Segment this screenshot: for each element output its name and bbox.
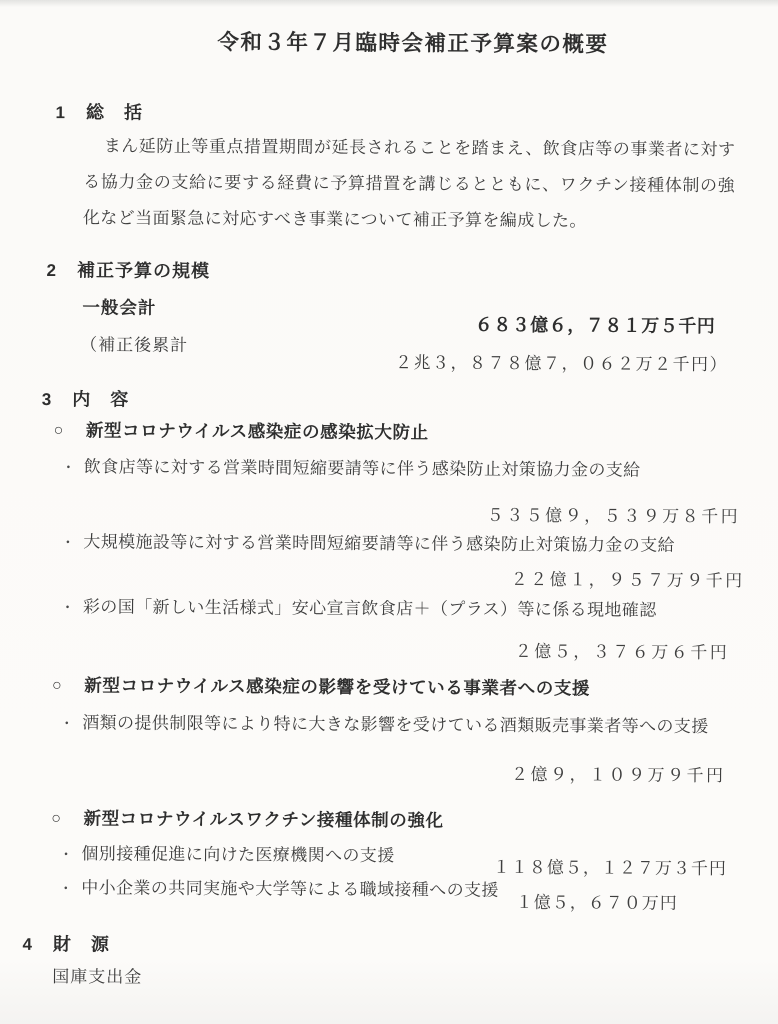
budget-item: ・彩の国「新しい生活様式」安心宣言飲食店＋（プラス）等に係る現地確認 [60,592,656,621]
section-3-number: 3 [42,390,53,410]
section-2-number: 2 [47,261,58,281]
section-2-heading: 2補正予算の規模 [47,256,211,283]
document-sheet: 令和３年７月臨時会補正予算案の概要 1総 括 まん延防止等重点措置期間が延長され… [0,0,778,1024]
budget-item: ・飲食店等に対する営業時間短縮要請等に伴う感染防止対策協力金の支給 [61,452,640,481]
category-title: 新型コロナウイルス感染症の感染拡大防止 [86,420,429,442]
bullet-dot-icon: ・ [59,844,74,864]
budget-item-text: 酒類の提供制限等により特に大きな影響を受けている酒類販売事業者等への支援 [82,713,709,736]
category-title: 新型コロナウイルス感染症の影響を受けている事業者への支援 [84,675,590,698]
section-3-heading: 3内 容 [42,385,130,412]
bullet-dot-icon: ・ [60,713,75,733]
budget-item-text: 個別接種促進に向けた医療機関への支援 [81,844,394,865]
budget-item: ・個別接種促進に向けた医療機関への支援 [59,839,395,866]
budget-item-amount: １億５，６７０万円 [516,888,678,914]
budget-item-text: 彩の国「新しい生活様式」安心宣言飲食店＋（プラス）等に係る現地確認 [83,597,657,620]
section-3-title: 内 容 [72,389,129,409]
overview-paragraph: まん延防止等重点措置期間が延長されることを踏まえ、飲食店等の事業者に対する協力金… [83,128,736,240]
document-title: 令和３年７月臨時会補正予算案の概要 [24,24,778,60]
general-account-amount: ６８３億６，７８１万５千円 [475,311,716,338]
bullet-dot-icon: ・ [60,597,75,617]
circle-marker-icon: ○ [51,810,61,828]
post-amendment-cumulative-amount: ２兆３，８７８億７，０６２万２千円） [395,348,728,375]
section-4-title: 財 源 [53,934,110,954]
budget-item: ・中小企業の共同実施や大学等による職域接種への支援 [59,873,499,901]
funding-source-text: 国庫支出金 [52,962,142,988]
section-2-title: 補正予算の規模 [77,260,210,281]
budget-item: ・大規模施設等に対する営業時間短縮要請等に伴う感染防止対策協力金の支給 [61,527,675,556]
section-1-title: 総 括 [86,102,143,122]
circle-marker-icon: ○ [52,677,62,695]
bullet-dot-icon: ・ [61,532,76,552]
circle-marker-icon: ○ [54,422,64,440]
category-heading: ○新型コロナウイルス感染症の感染拡大防止 [54,417,429,444]
section-4-number: 4 [22,935,33,955]
category-title: 新型コロナウイルスワクチン接種体制の強化 [83,808,443,830]
section-1-heading: 1総 括 [55,98,143,125]
general-account-label: 一般会計 [82,294,156,319]
budget-item-amount: ２２億１，９５７万９千円 [511,565,745,591]
post-amendment-cumulative-label: （補正後累計 [80,330,188,356]
bullet-dot-icon: ・ [59,878,74,898]
budget-item-text: 大規模施設等に対する営業時間短縮要請等に伴う感染防止対策協力金の支給 [83,532,675,555]
budget-item-amount: ２億５，３７６万６千円 [515,637,730,663]
category-heading: ○新型コロナウイルスワクチン接種体制の強化 [51,805,443,832]
category-heading: ○新型コロナウイルス感染症の影響を受けている事業者への支援 [52,672,590,700]
bullet-dot-icon: ・ [61,457,76,477]
scanned-budget-document-page: 令和３年７月臨時会補正予算案の概要 1総 括 まん延防止等重点措置期間が延長され… [0,0,778,1024]
budget-item-amount: １１８億５，１２７万３千円 [493,853,727,879]
budget-item: ・酒類の提供制限等により特に大きな影響を受けている酒類販売事業者等への支援 [60,708,709,737]
budget-item-amount: ２億９，１０９万９千円 [511,760,726,786]
budget-item-amount: ５３５億９，５３９万８千円 [487,501,741,528]
section-1-number: 1 [55,103,66,123]
budget-item-text: 中小企業の共同実施や大学等による職域接種への支援 [81,878,499,900]
budget-item-text: 飲食店等に対する営業時間短縮要請等に伴う感染防止対策協力金の支給 [84,457,641,479]
section-4-heading: 4財 源 [22,930,110,957]
